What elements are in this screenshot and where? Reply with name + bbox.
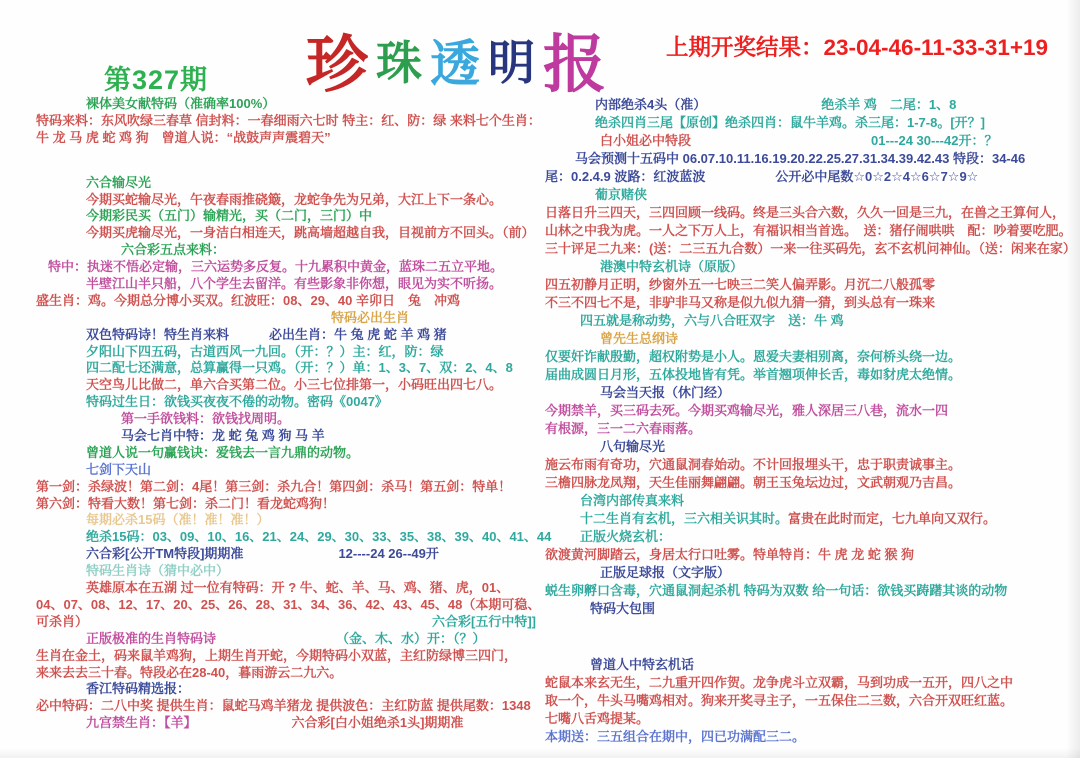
- text-line: 特中：执迷不悟必定输，三六运势多反复。十九累积中黄金，蓝珠二五立平地。: [36, 259, 542, 276]
- text-line: 三檐四脉龙凤翔，天生佳丽舞翩翩。朝王玉兔坛边过，文武朝观乃吉昌。: [545, 474, 1077, 492]
- text-segment: 夕阳山下四五码，古道西风一九回。（开：？）主：红，防：绿: [86, 344, 444, 359]
- text-segment: 曾先生总纲诗: [600, 331, 678, 346]
- text-line: 特码来料：东风吹绿三春草 信封料：一春细雨六七时 特主：红、防：绿 来料七个生肖…: [36, 113, 542, 130]
- text-segment: 马会当天报（休门经）: [600, 385, 730, 400]
- text-segment: 葡京赌侠: [595, 187, 647, 202]
- text-line: 今期彩民买（五门）输精光，买（二门，三门）中: [36, 208, 542, 225]
- text-line: 有根源，三一二六春雨落。: [545, 420, 1077, 438]
- text-line: 特码必出生肖: [36, 310, 542, 327]
- text-line: 半壁江山半只船，八个学生去留洋。有些影象非你想，眼见为实不听扬。: [36, 276, 542, 293]
- text-line: 第一手欲钱料：欲钱找周明。: [36, 411, 542, 428]
- text-line: 六合彩[公开TM特段]期期准12----24 26--49开: [36, 546, 542, 563]
- text-line: 正版火烧玄机：: [545, 528, 1077, 546]
- text-segment: 今期禁羊，买三码去死。今期买鸡输尽光，雅人深居三八巷，流水一四: [545, 403, 948, 418]
- text-line: 四二配七还满意，总算赢得一只鸡。（开：？）单：1、3、7、双：2、4、8: [36, 360, 542, 377]
- text-segment: 半壁江山半只船，八个学生去留洋。有些影象非你想，眼见为实不听扬。: [86, 276, 502, 291]
- text-line: 第一剑：杀绿波！第二剑：4尾！第三剑：杀九合！第四剑：杀马！第五剑：特单！: [36, 479, 542, 496]
- text-line: 特码过生日：欲钱买夜夜不倦的动物。密码《0047》: [36, 394, 542, 411]
- text-line: 白小姐必中特段01---24 30---42开：？: [545, 132, 1077, 150]
- text-segment: 公开必中尾数☆0☆2☆4☆6☆7☆9☆: [775, 169, 978, 184]
- text-segment: 四二配七还满意，总算赢得一只鸡。（开：？）单：1、3、7、双：2、4、8: [86, 360, 513, 375]
- paper-title: 珍珠透明报: [306, 14, 686, 105]
- text-segment: 今期买蛇输尽光，午夜春雨推硗簸，龙蛇争先为兄弟，大江上下一条心。: [86, 192, 502, 207]
- text-line: 十二生肖有玄机，三六相关识其时。富贵在此时而定，七九单向又双行。: [545, 510, 1077, 528]
- text-segment: 可杀肖）: [36, 614, 88, 629]
- text-segment: 四五初静月正明，纱窗外五一七映三二笑人偏弄影。月沉二八般孤零: [545, 277, 935, 292]
- text-segment: 第六剑：特看大数！第七剑：杀二门！看龙蛇鸡狗！: [36, 496, 335, 511]
- last-draw-result: 上期开奖结果：23-04-46-11-33-31+19: [666, 30, 1048, 62]
- text-segment: （金、木、水）开：（？）: [336, 631, 486, 646]
- text-line: 葡京赌侠: [545, 186, 1077, 204]
- text-segment: 特码过生日：欲钱买夜夜不倦的动物。密码《0047》: [86, 394, 388, 409]
- text-segment: 今期彩民买（五门）输精光，买（二门，三门）中: [86, 208, 372, 223]
- title-char: 珠: [376, 27, 422, 93]
- text-line: 马会当天报（休门经）: [545, 384, 1077, 402]
- text-line: 马会七肖中特：龙 蛇 兔 鸡 狗 马 羊: [36, 428, 542, 445]
- title-char: 透: [430, 24, 480, 96]
- text-segment: 六合彩[公开TM特段]期期准: [86, 546, 243, 561]
- text-line: 内部绝杀4头（准）绝杀羊 鸡 二尾：1、8: [545, 96, 1077, 114]
- text-line: 取一个，牛头马嘴鸡相对。狗来开奖寻主子，一五保住二三数，六合开双旺红蓝。: [545, 692, 1077, 710]
- text-segment: 特码生肖诗（猜中必中）: [86, 563, 229, 578]
- text-line: 夕阳山下四五码，古道西风一九回。（开：？）主：红，防：绿: [36, 344, 542, 361]
- text-segment: 曾道人中特玄机话: [590, 657, 694, 672]
- text-line: 曾先生总纲诗: [545, 330, 1077, 348]
- text-segment: 七嘴八舌鸡提某。: [545, 711, 649, 726]
- text-line: 三十评足二九来：(送：二三五九合数）一来一往买码先，玄不玄机问神仙。（送：闲来在…: [545, 240, 1077, 258]
- text-segment: 台湾内部传真来料: [580, 493, 684, 508]
- text-segment: 三檐四脉龙凤翔，天生佳丽舞翩翩。朝王玉兔坛边过，文武朝观乃吉昌。: [545, 475, 961, 490]
- text-line: 双色特码诗！特生肖来料必出生肖：牛 兔 虎 蛇 羊 鸡 猪: [36, 327, 542, 344]
- text-segment: 第一手欲钱料：欲钱找周明。: [121, 411, 290, 426]
- text-segment: 蛇鼠本来玄无生，二九重开四作贺。龙争虎斗立双霸，马到功成一五开，四八之中: [545, 675, 1013, 690]
- text-segment: 牛 龙 马 虎 蛇 鸡 狗 曾道人说：“战鼓声声震碧天”: [36, 130, 331, 145]
- text-line: 香江特码精选报：: [36, 681, 542, 698]
- right-column: 内部绝杀4头（准）绝杀羊 鸡 二尾：1、8绝杀四肖三尾【原创】绝杀四肖：鼠牛羊鸡…: [545, 96, 1077, 746]
- text-segment: 仅要奸诈献殷勤，超权附势是小人。恩爱夫妻相别离，奈何桥头绕一边。: [545, 349, 961, 364]
- newspaper-page: 第327期 珍珠透明报 上期开奖结果：23-04-46-11-33-31+19 …: [0, 0, 1080, 758]
- text-line: 必中特码：二八中奖 提供生肖：鼠蛇马鸡羊猪龙 提供波色：主红防蓝 提供尾数：13…: [36, 698, 542, 715]
- text-line: 山林之中我为虎。一人之下万人上，有福识相当首选。 送：猪仔闹哄哄 配：吵着要吃肥…: [545, 222, 1077, 240]
- text-segment: 特码必出生肖: [331, 310, 409, 325]
- text-line: 今期禁羊，买三码去死。今期买鸡输尽光，雅人深居三八巷，流水一四: [545, 402, 1077, 420]
- text-line: 港澳中特玄机诗（原版）: [545, 258, 1077, 276]
- text-line: 尾：0.2.4.9 波路：红波蓝波公开必中尾数☆0☆2☆4☆6☆7☆9☆: [545, 168, 1077, 186]
- text-segment: 生肖在金土，码来鼠羊鸡狗，上期生肖开蛇，今期特码小双蓝，主红防绿博三四门，: [36, 648, 517, 663]
- text-segment: 八句输尽光: [600, 439, 665, 454]
- text-line: 蛇鼠本来玄无生，二九重开四作贺。龙争虎斗立双霸，马到功成一五开，四八之中: [545, 674, 1077, 692]
- text-segment: 盛生肖：鸡。今期总分博小买双。红波旺：08、29、40 辛卯日 兔 冲鸡: [36, 293, 460, 308]
- text-segment: 正版火烧玄机：: [580, 529, 671, 544]
- text-line: 特码生肖诗（猜中必中）: [36, 563, 542, 580]
- text-line: 七嘴八舌鸡提某。: [545, 710, 1077, 728]
- text-segment: 九宫禁生肖：【羊】: [86, 715, 197, 730]
- text-segment: 双色特码诗！特生肖来料: [86, 327, 229, 342]
- text-segment: 港澳中特玄机诗（原版）: [600, 259, 743, 274]
- left-column: 裸体美女献特码（准确率100%）特码来料：东风吹绿三春草 信封料：一春细雨六七时…: [36, 96, 542, 732]
- text-line: 牛 龙 马 虎 蛇 鸡 狗 曾道人说：“战鼓声声震碧天”: [36, 130, 542, 147]
- text-line: 生肖在金土，码来鼠羊鸡狗，上期生肖开蛇，今期特码小双蓝，主红防绿博三四门，: [36, 648, 542, 665]
- text-segment: 日落日升三四天，三四回顾一线码。终是三头合六数，久久一回是三九，在兽之王算何人，: [545, 205, 1065, 220]
- text-line: 今期买蛇输尽光，午夜春雨推硗簸，龙蛇争先为兄弟，大江上下一条心。: [36, 192, 542, 209]
- text-line: 蜕生卵孵口含毒，穴通鼠洞起杀机 特码为双数 给一句话：欲钱买踌躇其谈的动物: [545, 582, 1077, 600]
- text-segment: 六合彩[五行中特]]: [432, 614, 536, 631]
- text-line: 可杀肖）六合彩[五行中特]]: [36, 614, 542, 631]
- text-segment: 六合彩[白小姐绝杀1头]期期准: [292, 715, 464, 730]
- text-segment: 三十评足二九来：(送：二三五九合数）一来一往买码先，玄不玄机问神仙。（送：闲来在…: [545, 241, 1076, 256]
- text-line: 六合输尽光: [36, 175, 542, 192]
- text-segment: 有根源，三一二六春雨落。: [545, 421, 701, 436]
- text-line: 台湾内部传真来料: [545, 492, 1077, 510]
- text-segment: 12----24 26--49开: [338, 546, 438, 561]
- text-segment: 十二生肖有玄机，三六相关识其时。: [580, 511, 788, 526]
- text-segment: 正版足球报（文字版）: [600, 565, 730, 580]
- text-segment: 蜕生卵孵口含毒，穴通鼠洞起杀机 特码为双数 给一句话：欲钱买踌躇其谈的动物: [545, 583, 1007, 598]
- text-line: 四五初静月正明，纱窗外五一七映三二笑人偏弄影。月沉二八般孤零: [545, 276, 1077, 294]
- text-segment: 曾道人说一句赢钱诀：爱钱去一言九鼎的动物。: [86, 445, 359, 460]
- text-line: 正版足球报（文字版）: [545, 564, 1077, 582]
- text-line: 第六剑：特看大数！第七剑：杀二门！看龙蛇鸡狗！: [36, 496, 542, 513]
- text-line: 不三不四七不是，非驴非马又称是似九似九猜一猜，到头总有一珠来: [545, 294, 1077, 312]
- text-segment: 天空鸟儿比做二，单六合买第二位。小三七位排第一，小码旺出四七八。: [86, 377, 502, 392]
- text-segment: 取一个，牛头马嘴鸡相对。狗来开奖寻主子，一五保住二三数，六合开双旺红蓝。: [545, 693, 1013, 708]
- title-char: 明: [488, 26, 535, 93]
- issue-number: 第327期: [104, 58, 208, 97]
- text-segment: 裸体美女献特码（准确率100%）: [86, 96, 275, 111]
- text-segment: 四五就是称动势，六与八合旺双字 送：牛 鸡: [580, 313, 844, 328]
- text-segment: 每期必杀15码（准！准！准！）: [86, 512, 269, 527]
- text-segment: 特码大包围: [590, 601, 655, 616]
- text-line: 绝杀15码：03、09、10、16、21、24、29、30、33、35、38、3…: [36, 529, 542, 546]
- text-line: 天空鸟儿比做二，单六合买第二位。小三七位排第一，小码旺出四七八。: [36, 377, 542, 394]
- text-segment: 山林之中我为虎。一人之下万人上，有福识相当首选。 送：猪仔闹哄哄 配：吵着要吃肥…: [545, 223, 1072, 238]
- text-line: 施云布雨有奇功，穴通鼠洞春始动。不计回报埋头干，忠于职责诚事主。: [545, 456, 1077, 474]
- text-segment: 欲渡黄河脚踏云，身居太行口吐雾。特单特肖：牛 虎 龙 蛇 猴 狗: [545, 547, 914, 562]
- title-char: 报: [543, 14, 606, 105]
- text-segment: 必出生肖：牛 兔 虎 蛇 羊 鸡 猪: [269, 327, 447, 342]
- text-segment: 04、07、08、12、17、20、25、26、28、31、34、36、42、4…: [36, 597, 540, 612]
- text-line: 盛生肖：鸡。今期总分博小买双。红波旺：08、29、40 辛卯日 兔 冲鸡: [36, 293, 542, 310]
- text-segment: 马会预测十五码中 06.07.10.11.16.19.20.22.25.27.3…: [575, 151, 1025, 166]
- text-segment: 绝杀四肖三尾【原创】绝杀四肖：鼠牛羊鸡。杀三尾：1-7-8。[开？]: [595, 115, 985, 130]
- text-segment: 内部绝杀4头（准）: [595, 97, 706, 112]
- text-line: 八句输尽光: [545, 438, 1077, 456]
- text-segment: 第一剑：杀绿波！第二剑：4尾！第三剑：杀九合！第四剑：杀马！第五剑：特单！: [36, 479, 511, 494]
- text-segment: 七剑下天山: [86, 462, 151, 477]
- text-line: 曾道人说一句赢钱诀：爱钱去一言九鼎的动物。: [36, 445, 542, 462]
- text-line: 七剑下天山: [36, 462, 542, 479]
- text-line: 今期买虎输尽光，一身洁白相连天，跳高墙超越自我，目视前方不回头。（前）: [36, 225, 542, 242]
- text-line: 届曲成圆日月形，五体投地皆有凭。举首翘项伸长舌，毒如豺虎太绝情。: [545, 366, 1077, 384]
- text-segment: 特码来料：东风吹绿三春草 信封料：一春细雨六七时 特主：红、防：绿 来料七个生肖…: [36, 113, 541, 128]
- text-line: 特码大包围: [545, 600, 1077, 618]
- text-segment: 白小姐必中特段: [600, 133, 691, 148]
- text-line: 本期送：三五组合在期中，四已功满配三二。: [545, 728, 1077, 746]
- text-line: 九宫禁生肖：【羊】六合彩[白小姐绝杀1头]期期准: [36, 715, 542, 732]
- text-line: 正版极准的生肖特码诗（金、木、水）开：（？）: [36, 631, 542, 648]
- text-line: 仅要奸诈献殷勤，超权附势是小人。恩爱夫妻相别离，奈何桥头绕一边。: [545, 348, 1077, 366]
- scan-bottom-shadow: [0, 748, 1080, 758]
- text-segment: 不三不四七不是，非驴非马又称是似九似九猜一猜，到头总有一珠来: [545, 295, 935, 310]
- text-line: 曾道人中特玄机话: [545, 656, 1077, 674]
- text-line: 六合彩五点来料：: [36, 242, 542, 259]
- text-segment: 正版极准的生肖特码诗: [86, 631, 216, 646]
- title-char: 珍: [306, 15, 368, 104]
- text-segment: 马会七肖中特：龙 蛇 兔 鸡 狗 马 羊: [121, 428, 325, 443]
- text-segment: 六合彩五点来料：: [121, 242, 225, 257]
- text-segment: 尾：0.2.4.9 波路：红波蓝波: [545, 169, 705, 184]
- text-segment: 特中：执迷不悟必定输，三六运势多反复。十九累积中黄金，蓝珠二五立平地。: [48, 259, 503, 274]
- text-line: 每期必杀15码（准！准！准！）: [36, 512, 542, 529]
- text-line: 日落日升三四天，三四回顾一线码。终是三头合六数，久久一回是三九，在兽之王算何人，: [545, 204, 1077, 222]
- text-line: 来来去去三十春。特段必在28-40，暮雨游云二九六。: [36, 665, 542, 682]
- text-segment: 届曲成圆日月形，五体投地皆有凭。举首翘项伸长舌，毒如豺虎太绝情。: [545, 367, 961, 382]
- text-line: 04、07、08、12、17、20、25、26、28、31、34、36、42、4…: [36, 597, 542, 614]
- text-line: 欲渡黄河脚踏云，身居太行口吐雾。特单特肖：牛 虎 龙 蛇 猴 狗: [545, 546, 1077, 564]
- text-segment: 绝杀羊 鸡 二尾：1、8: [821, 97, 956, 112]
- text-segment: 英雄原本在五湖 过一位有特码：开 ? 牛、蛇、羊、马、鸡、猪、虎，01、: [86, 580, 509, 595]
- text-segment: 施云布雨有奇功，穴通鼠洞春始动。不计回报埋头干，忠于职责诚事主。: [545, 457, 961, 472]
- text-segment: 富贵在此时而定，七九单向又双行。: [788, 511, 996, 526]
- text-line: 四五就是称动势，六与八合旺双字 送：牛 鸡: [545, 312, 1077, 330]
- text-segment: 必中特码：二八中奖 提供生肖：鼠蛇马鸡羊猪龙 提供波色：主红防蓝 提供尾数：13…: [36, 698, 531, 713]
- text-line: 绝杀四肖三尾【原创】绝杀四肖：鼠牛羊鸡。杀三尾：1-7-8。[开？]: [545, 114, 1077, 132]
- text-line: 裸体美女献特码（准确率100%）: [36, 96, 542, 113]
- text-segment: 六合输尽光: [86, 175, 151, 190]
- text-segment: 来来去去三十春。特段必在28-40，暮雨游云二九六。: [36, 665, 342, 680]
- text-segment: 香江特码精选报：: [86, 681, 190, 696]
- text-segment: 01---24 30---42开：？: [871, 133, 997, 148]
- text-line: 马会预测十五码中 06.07.10.11.16.19.20.22.25.27.3…: [545, 150, 1077, 168]
- text-segment: 本期送：三五组合在期中，四已功满配三二。: [545, 729, 805, 744]
- text-segment: 今期买虎输尽光，一身洁白相连天，跳高墙超越自我，目视前方不回头。（前）: [86, 225, 535, 240]
- text-segment: 绝杀15码：03、09、10、16、21、24、29、30、33、35、38、3…: [86, 529, 551, 544]
- text-line: 英雄原本在五湖 过一位有特码：开 ? 牛、蛇、羊、马、鸡、猪、虎，01、: [36, 580, 542, 597]
